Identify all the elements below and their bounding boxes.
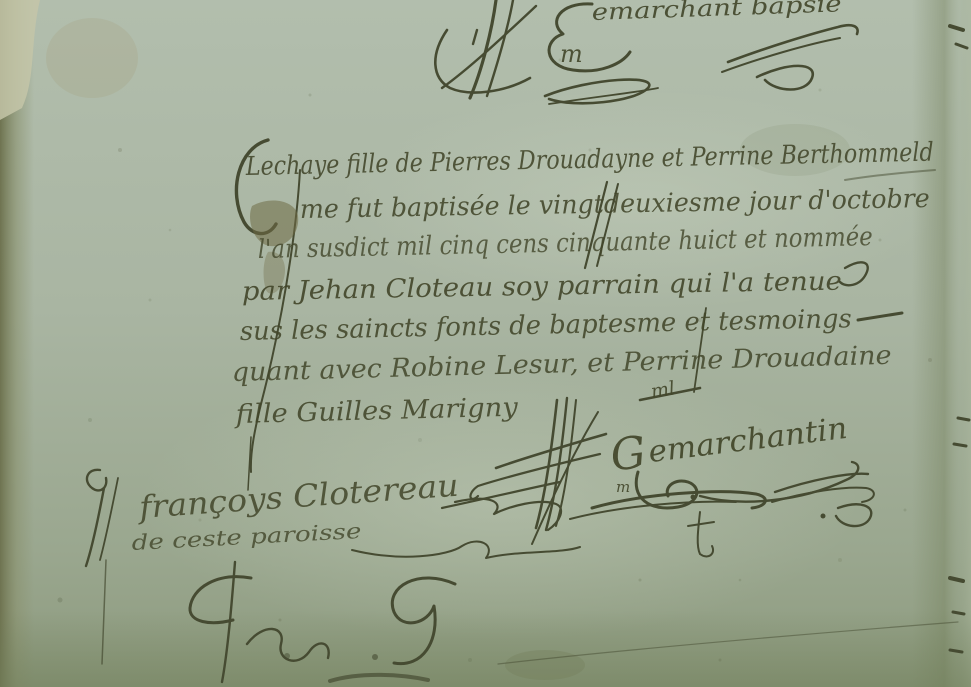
edge-tick-4 [954,444,966,446]
paper-speck [309,94,312,97]
manuscript-page-photo: emarchant bapsie m Lechaye fille de Pier… [0,0,971,687]
ml-abbreviation-mark: ml [649,377,676,402]
paper-speck [639,579,642,582]
paper-bottom-shadow [0,610,971,687]
edge-tick-6 [953,612,964,614]
paper-speck [928,358,932,362]
header-m-mark: m [560,40,583,68]
paper-speck [118,148,122,152]
paper-speck [719,659,722,662]
paper-speck [468,658,472,662]
paper-speck [279,619,282,622]
paper-speck [88,418,92,422]
page-right-curve [912,0,971,687]
paper-speck [904,509,907,512]
ink-speck-bottom-2 [284,653,290,659]
paper-stain-topleft [46,18,138,98]
paper-speck [739,579,742,582]
ink-speck-bottom-1 [372,654,378,660]
paper-speck [819,89,822,92]
paper-stain-bottom [505,650,585,680]
signature-initial: G [608,427,649,482]
paper-speck [58,598,63,603]
edge-tick-3 [958,418,969,420]
manuscript-photo: emarchant bapsie m Lechaye fille de Pier… [0,0,971,687]
paper-speck [169,229,172,232]
paper-speck [149,299,152,302]
ink-dot-center [691,495,696,500]
ink-dot-right [821,514,826,519]
paper-speck [838,558,842,562]
paper-speck [418,438,422,442]
paper-speck [879,239,882,242]
edge-tick-7 [950,650,962,652]
